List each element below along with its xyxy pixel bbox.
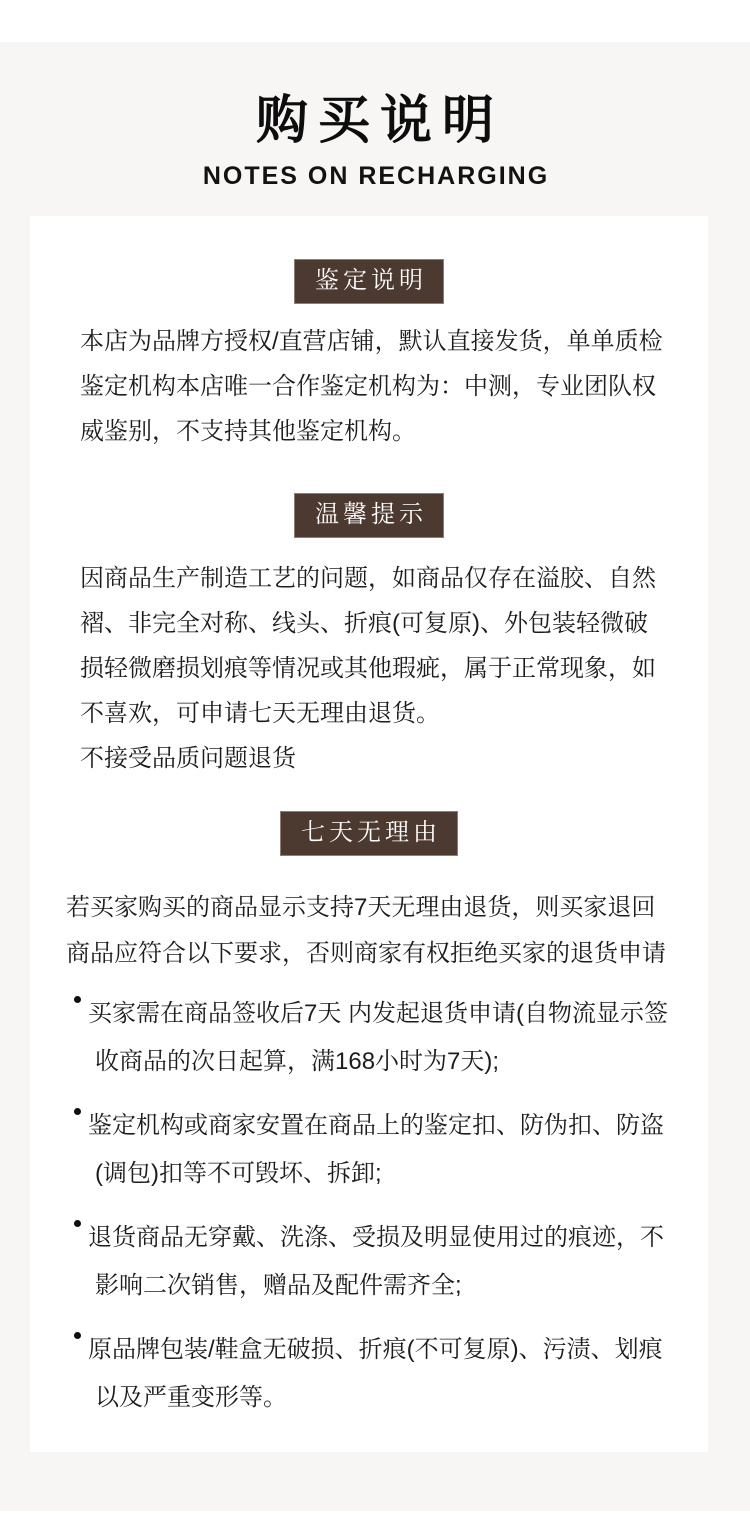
text-line: 以及严重变形等。 — [88, 1374, 708, 1422]
text-line: 收商品的次日起算，满168小时为7天); — [88, 1038, 708, 1086]
section-authentication: 鉴定说明 — [30, 259, 708, 304]
text-line: 原品牌包装/鞋盒无破损、折痕(不可复原)、污渍、划痕 — [88, 1326, 708, 1374]
authentication-badge: 鉴定说明 — [294, 259, 444, 304]
page-title: 购买说明 — [0, 90, 750, 152]
bullet-dot-icon — [74, 1220, 81, 1227]
notes-card: 鉴定说明 本店为品牌方授权/直营店铺，默认直接发货，单单质检 鉴定机构本店唯一合… — [30, 216, 708, 1452]
list-item: 退货商品无穿戴、洗涤、受损及明显使用过的痕迹，不 影响二次销售，赠品及配件需齐全… — [30, 1214, 708, 1310]
page-background: 购买说明 NOTES ON RECHARGING 鉴定说明 本店为品牌方授权/直… — [0, 42, 750, 1511]
list-item: 买家需在商品签收后7天 内发起退货申请(自物流显示签 收商品的次日起算，满168… — [30, 990, 708, 1086]
text-line: 不接受品质问题退货 — [80, 736, 684, 781]
top-white-band — [0, 0, 750, 42]
return-policy-intro: 若买家购买的商品显示支持7天无理由退货，则买家退回 商品应符合以下要求，否则商家… — [66, 885, 702, 977]
text-line: 褶、非完全对称、线头、折痕(可复原)、外包装轻微破 — [80, 601, 684, 646]
warm-tips-paragraph: 因商品生产制造工艺的问题，如商品仅存在溢胶、自然 褶、非完全对称、线头、折痕(可… — [80, 556, 684, 781]
text-line: 不喜欢，可申请七天无理由退货。 — [80, 691, 684, 736]
text-line: (调包)扣等不可毁坏、拆卸; — [88, 1150, 708, 1198]
bullet-dot-icon — [74, 1332, 81, 1339]
bullet-dot-icon — [74, 1108, 81, 1115]
text-line: 损轻微磨损划痕等情况或其他瑕疵，属于正常现象，如 — [80, 646, 684, 691]
list-item: 鉴定机构或商家安置在商品上的鉴定扣、防伪扣、防盗 (调包)扣等不可毁坏、拆卸; — [30, 1102, 708, 1198]
text-line: 商品应符合以下要求，否则商家有权拒绝买家的退货申请 — [66, 931, 702, 977]
page-header: 购买说明 NOTES ON RECHARGING — [0, 42, 750, 190]
text-line: 因商品生产制造工艺的问题，如商品仅存在溢胶、自然 — [80, 556, 684, 601]
text-line: 鉴定机构或商家安置在商品上的鉴定扣、防伪扣、防盗 — [88, 1102, 708, 1150]
text-line: 威鉴别，不支持其他鉴定机构。 — [80, 409, 684, 454]
text-line: 买家需在商品签收后7天 内发起退货申请(自物流显示签 — [88, 990, 708, 1038]
text-line: 退货商品无穿戴、洗涤、受损及明显使用过的痕迹，不 — [88, 1214, 708, 1262]
text-line: 本店为品牌方授权/直营店铺，默认直接发货，单单质检 — [80, 319, 684, 364]
list-item: 原品牌包装/鞋盒无破损、折痕(不可复原)、污渍、划痕 以及严重变形等。 — [30, 1326, 708, 1422]
return-policy-list: 买家需在商品签收后7天 内发起退货申请(自物流显示签 收商品的次日起算，满168… — [30, 990, 708, 1422]
section-seven-day-return: 七天无理由 — [30, 811, 708, 856]
seven-day-return-badge: 七天无理由 — [280, 811, 458, 856]
warm-tips-badge: 温馨提示 — [294, 493, 444, 538]
bullet-dot-icon — [74, 996, 81, 1003]
authentication-paragraph: 本店为品牌方授权/直营店铺，默认直接发货，单单质检 鉴定机构本店唯一合作鉴定机构… — [80, 319, 684, 454]
text-line: 影响二次销售，赠品及配件需齐全; — [88, 1262, 708, 1310]
text-line: 若买家购买的商品显示支持7天无理由退货，则买家退回 — [66, 885, 702, 931]
page-subtitle: NOTES ON RECHARGING — [0, 162, 750, 190]
text-line: 鉴定机构本店唯一合作鉴定机构为：中测，专业团队权 — [80, 364, 684, 409]
section-warm-tips: 温馨提示 — [30, 493, 708, 538]
